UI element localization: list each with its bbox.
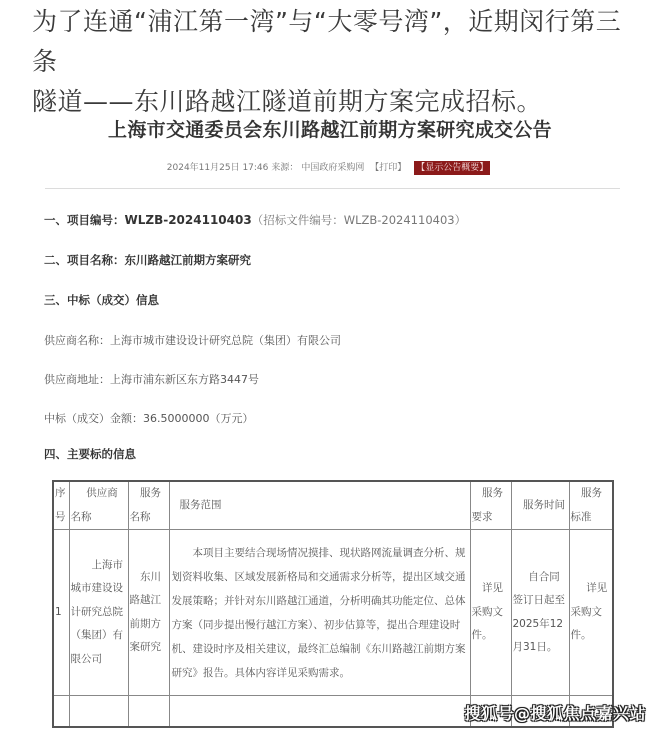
empty-cell — [128, 696, 169, 727]
supplier-address-row: 供应商地址：上海市浦东新区东方路3447号 — [44, 371, 259, 387]
table-header-row: 序号 供应商名称 服务名称 服务范围 服务要求 服务时间 服务标准 — [53, 481, 613, 530]
cell-service-time: 自合同签订日起至2025年12月31日。 — [511, 530, 569, 696]
award-amount-row: 中标（成交）金额：36.5000000（万元） — [44, 410, 253, 426]
empty-cell — [53, 696, 69, 727]
tender-doc-number: （招标文件编号：WLZB-2024110403） — [252, 213, 466, 227]
header-service-standard: 服务标准 — [569, 481, 613, 530]
section-main-info: 四、主要标的信息 — [44, 446, 136, 462]
award-amount-label: 中标（成交）金额： — [44, 412, 143, 425]
section-award-info: 三、中标（成交）信息 — [44, 292, 159, 308]
main-info-label: 四、主要标的信息 — [44, 447, 136, 461]
print-link[interactable]: 【打印】 — [370, 163, 406, 173]
source-label: 来源： — [271, 163, 298, 173]
cell-service-requirement: 详见采购文件。 — [470, 530, 511, 696]
intro-line-1: 为了连通“浦江第一湾”与“大零号湾”，近期闵行第三条 — [32, 2, 642, 82]
notice-title: 上海市交通委员会东川路越江前期方案研究成交公告 — [0, 115, 660, 142]
source-name: 中国政府采购网 — [301, 163, 364, 173]
cell-supplier: 上海市城市建设设计研究总院（集团）有限公司 — [69, 530, 128, 696]
cell-no: 1 — [53, 530, 69, 696]
supplier-name-row: 供应商名称：上海市城市建设设计研究总院（集团）有限公司 — [44, 332, 341, 348]
show-summary-button[interactable]: 【显示公告概要】 — [414, 161, 490, 175]
header-service-requirement: 服务要求 — [470, 481, 511, 530]
header-service-time: 服务时间 — [511, 481, 569, 530]
header-supplier: 供应商名称 — [69, 481, 128, 530]
empty-cell — [69, 696, 128, 727]
header-no: 序号 — [53, 481, 69, 530]
cell-service-standard: 详见采购文件。 — [569, 530, 613, 696]
article-intro: 为了连通“浦江第一湾”与“大零号湾”，近期闵行第三条 隧道——东川路越江隧道前期… — [32, 2, 642, 122]
supplier-name-value: 上海市城市建设设计研究总院（集团）有限公司 — [110, 334, 341, 347]
header-service-scope: 服务范围 — [169, 481, 470, 530]
notice-meta: 2024年11月25日 17:46来源：中国政府采购网 【打印】 【显示公告概要… — [0, 160, 660, 176]
supplier-address-value: 上海市浦东新区东方路3447号 — [110, 373, 259, 386]
publish-datetime: 2024年11月25日 17:46 — [167, 163, 269, 173]
header-service-name: 服务名称 — [128, 481, 169, 530]
supplier-address-label: 供应商地址： — [44, 373, 110, 386]
project-number-value: WLZB-2024110403 — [125, 213, 252, 227]
source-watermark: 搜狐号@搜狐焦点嘉兴站 — [464, 701, 646, 724]
section-project-name: 二、项目名称：东川路越江前期方案研究 — [44, 252, 251, 268]
project-number-label: 一、项目编号： — [44, 213, 125, 227]
award-info-label: 三、中标（成交）信息 — [44, 293, 159, 307]
empty-cell — [169, 696, 470, 727]
section-project-number: 一、项目编号：WLZB-2024110403（招标文件编号：WLZB-20241… — [44, 212, 466, 228]
project-name-label: 二、项目名称： — [44, 253, 125, 267]
cell-service-name: 东川路越江前期方案研究 — [128, 530, 169, 696]
title-divider — [45, 188, 620, 189]
table-row: 1 上海市城市建设设计研究总院（集团）有限公司 东川路越江前期方案研究 本项目主… — [53, 530, 613, 696]
main-info-table: 序号 供应商名称 服务名称 服务范围 服务要求 服务时间 服务标准 1 上海市城… — [52, 480, 614, 728]
cell-service-scope: 本项目主要结合现场情况摸排、现状路网流量调查分析、规划资料收集、区域发展新格局和… — [169, 530, 470, 696]
supplier-name-label: 供应商名称： — [44, 334, 110, 347]
project-name-value: 东川路越江前期方案研究 — [125, 253, 252, 267]
award-amount-value: 36.5000000（万元） — [143, 412, 253, 425]
